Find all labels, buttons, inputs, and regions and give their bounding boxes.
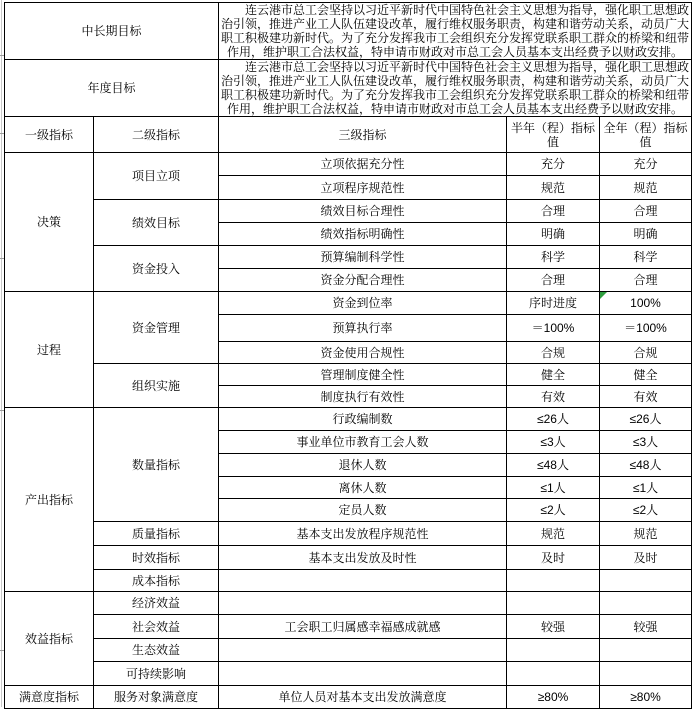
half-value-cell[interactable]: ＝100% bbox=[507, 315, 600, 342]
goal-text-midlongterm[interactable]: 连云港市总工会坚持以习近平新时代中国特色社会主义思想为指导，强化职工思想政治引领… bbox=[219, 3, 692, 60]
half-value-cell[interactable]: 科学 bbox=[507, 246, 600, 269]
l3-cell-empty[interactable] bbox=[219, 639, 507, 662]
half-value-cell[interactable]: 明确 bbox=[507, 223, 600, 246]
full-value-cell[interactable]: 合理 bbox=[600, 269, 692, 292]
half-value-cell-empty[interactable] bbox=[507, 592, 600, 615]
full-value-cell[interactable]: 合规 bbox=[600, 342, 692, 364]
full-value-cell[interactable]: 合理 bbox=[600, 200, 692, 223]
half-value-cell[interactable]: 充分 bbox=[507, 153, 600, 176]
full-value-cell[interactable]: 较强 bbox=[600, 615, 692, 639]
l3-cell[interactable]: 预算执行率 bbox=[219, 315, 507, 342]
full-value-cell[interactable]: 及时 bbox=[600, 546, 692, 570]
full-value-cell[interactable]: ＝100% bbox=[600, 315, 692, 342]
full-value-cell[interactable]: ≤2人 bbox=[600, 499, 692, 522]
header-half-year-value: 半年（程）指标值 bbox=[507, 117, 600, 153]
l3-cell[interactable]: 行政编制数 bbox=[219, 408, 507, 431]
full-value-cell[interactable]: 有效 bbox=[600, 386, 692, 408]
l1-cell-satisfaction[interactable]: 满意度指标 bbox=[5, 686, 94, 709]
half-value-cell-empty[interactable] bbox=[507, 570, 600, 592]
half-value-cell[interactable]: ≤48人 bbox=[507, 454, 600, 477]
l2-cell[interactable]: 可持续影响 bbox=[94, 662, 219, 686]
full-value-cell[interactable]: 充分 bbox=[600, 153, 692, 176]
goal-label-midlongterm[interactable]: 中长期目标 bbox=[5, 3, 219, 60]
half-value-cell-empty[interactable] bbox=[507, 639, 600, 662]
l2-cell[interactable]: 资金管理 bbox=[94, 292, 219, 364]
goal-label-annual[interactable]: 年度目标 bbox=[5, 60, 219, 117]
half-value-cell[interactable]: 有效 bbox=[507, 386, 600, 408]
l2-cell[interactable]: 数量指标 bbox=[94, 408, 219, 522]
l3-cell[interactable]: 单位人员对基本支出发放满意度 bbox=[219, 686, 507, 709]
l2-cell[interactable]: 组织实施 bbox=[94, 364, 219, 408]
l3-cell[interactable]: 立项程序规范性 bbox=[219, 176, 507, 200]
half-value-cell[interactable]: 合规 bbox=[507, 342, 600, 364]
full-value-cell[interactable]: 科学 bbox=[600, 246, 692, 269]
l3-cell[interactable]: 资金使用合规性 bbox=[219, 342, 507, 364]
l3-cell[interactable]: 绩效目标合理性 bbox=[219, 200, 507, 223]
l3-cell[interactable]: 事业单位市教育工会人数 bbox=[219, 431, 507, 454]
l2-cell[interactable]: 时效指标 bbox=[94, 546, 219, 570]
performance-indicator-sheet: 中长期目标 连云港市总工会坚持以习近平新时代中国特色社会主义思想为指导，强化职工… bbox=[0, 0, 693, 709]
full-value-cell-flagged[interactable]: 100% bbox=[600, 292, 692, 315]
half-value-cell[interactable]: 合理 bbox=[507, 200, 600, 223]
half-value-cell[interactable]: ≥80% bbox=[507, 686, 600, 709]
half-value-cell[interactable]: 规范 bbox=[507, 522, 600, 546]
l3-cell[interactable]: 制度执行有效性 bbox=[219, 386, 507, 408]
l3-cell-empty[interactable] bbox=[219, 570, 507, 592]
header-level1: 一级指标 bbox=[5, 117, 94, 153]
l2-cell[interactable]: 生态效益 bbox=[94, 639, 219, 662]
l3-cell[interactable]: 绩效指标明确性 bbox=[219, 223, 507, 246]
l2-cell[interactable]: 绩效目标 bbox=[94, 200, 219, 246]
full-value-cell[interactable]: 规范 bbox=[600, 176, 692, 200]
l1-cell-process[interactable]: 过程 bbox=[5, 292, 94, 408]
full-value-cell-empty[interactable] bbox=[600, 592, 692, 615]
full-value-cell-empty[interactable] bbox=[600, 662, 692, 686]
full-value-cell[interactable]: 明确 bbox=[600, 223, 692, 246]
l3-cell[interactable]: 工会职工归属感幸福感成就感 bbox=[219, 615, 507, 639]
l2-cell[interactable]: 质量指标 bbox=[94, 522, 219, 546]
l3-cell[interactable]: 离休人数 bbox=[219, 477, 507, 499]
header-full-year-value: 全年（程）指标值 bbox=[600, 117, 692, 153]
half-value-cell[interactable]: 健全 bbox=[507, 364, 600, 386]
full-value-cell[interactable]: ≤1人 bbox=[600, 477, 692, 499]
half-value-cell[interactable]: 规范 bbox=[507, 176, 600, 200]
l1-cell-decision[interactable]: 决策 bbox=[5, 153, 94, 292]
l3-cell-empty[interactable] bbox=[219, 592, 507, 615]
l3-cell[interactable]: 定员人数 bbox=[219, 499, 507, 522]
l1-cell-output[interactable]: 产出指标 bbox=[5, 408, 94, 592]
half-value-cell[interactable]: ≤26人 bbox=[507, 408, 600, 431]
l2-cell[interactable]: 经济效益 bbox=[94, 592, 219, 615]
half-value-cell[interactable]: 较强 bbox=[507, 615, 600, 639]
goal-text-annual[interactable]: 连云港市总工会坚持以习近平新时代中国特色社会主义思想为指导，强化职工思想政治引领… bbox=[219, 60, 692, 117]
l2-cell[interactable]: 资金投入 bbox=[94, 246, 219, 292]
full-value-cell[interactable]: 规范 bbox=[600, 522, 692, 546]
l2-cell[interactable]: 社会效益 bbox=[94, 615, 219, 639]
l3-cell[interactable]: 预算编制科学性 bbox=[219, 246, 507, 269]
half-value-cell[interactable]: 序时进度 bbox=[507, 292, 600, 315]
excel-error-flag-icon bbox=[600, 292, 607, 299]
half-value-cell[interactable]: ≤3人 bbox=[507, 431, 600, 454]
full-value-cell[interactable]: ≤26人 bbox=[600, 408, 692, 431]
half-value-cell[interactable]: 合理 bbox=[507, 269, 600, 292]
l3-cell[interactable]: 退休人数 bbox=[219, 454, 507, 477]
l3-cell[interactable]: 资金分配合理性 bbox=[219, 269, 507, 292]
half-value-cell-empty[interactable] bbox=[507, 662, 600, 686]
half-value-cell[interactable]: ≤2人 bbox=[507, 499, 600, 522]
l3-cell-empty[interactable] bbox=[219, 662, 507, 686]
l2-cell[interactable]: 服务对象满意度 bbox=[94, 686, 219, 709]
header-level2: 二级指标 bbox=[94, 117, 219, 153]
l2-cell[interactable]: 项目立项 bbox=[94, 153, 219, 200]
l3-cell[interactable]: 资金到位率 bbox=[219, 292, 507, 315]
l3-cell[interactable]: 立项依据充分性 bbox=[219, 153, 507, 176]
full-value-cell-empty[interactable] bbox=[600, 570, 692, 592]
full-value-text: 100% bbox=[630, 296, 661, 310]
l3-cell[interactable]: 管理制度健全性 bbox=[219, 364, 507, 386]
full-value-cell[interactable]: ≤48人 bbox=[600, 454, 692, 477]
l3-cell[interactable]: 基本支出发放程序规范性 bbox=[219, 522, 507, 546]
l1-cell-benefit[interactable]: 效益指标 bbox=[5, 592, 94, 686]
l2-cell[interactable]: 成本指标 bbox=[94, 570, 219, 592]
full-value-cell[interactable]: ≥80% bbox=[600, 686, 692, 709]
header-level3: 三级指标 bbox=[219, 117, 507, 153]
gutter-column-line bbox=[1, 0, 2, 707]
full-value-cell-empty[interactable] bbox=[600, 639, 692, 662]
half-value-cell[interactable]: ≤1人 bbox=[507, 477, 600, 499]
indicator-table: 中长期目标 连云港市总工会坚持以习近平新时代中国特色社会主义思想为指导，强化职工… bbox=[4, 2, 692, 709]
full-value-cell[interactable]: 健全 bbox=[600, 364, 692, 386]
half-value-cell[interactable]: 及时 bbox=[507, 546, 600, 570]
full-value-cell[interactable]: ≤3人 bbox=[600, 431, 692, 454]
l3-cell[interactable]: 基本支出发放及时性 bbox=[219, 546, 507, 570]
